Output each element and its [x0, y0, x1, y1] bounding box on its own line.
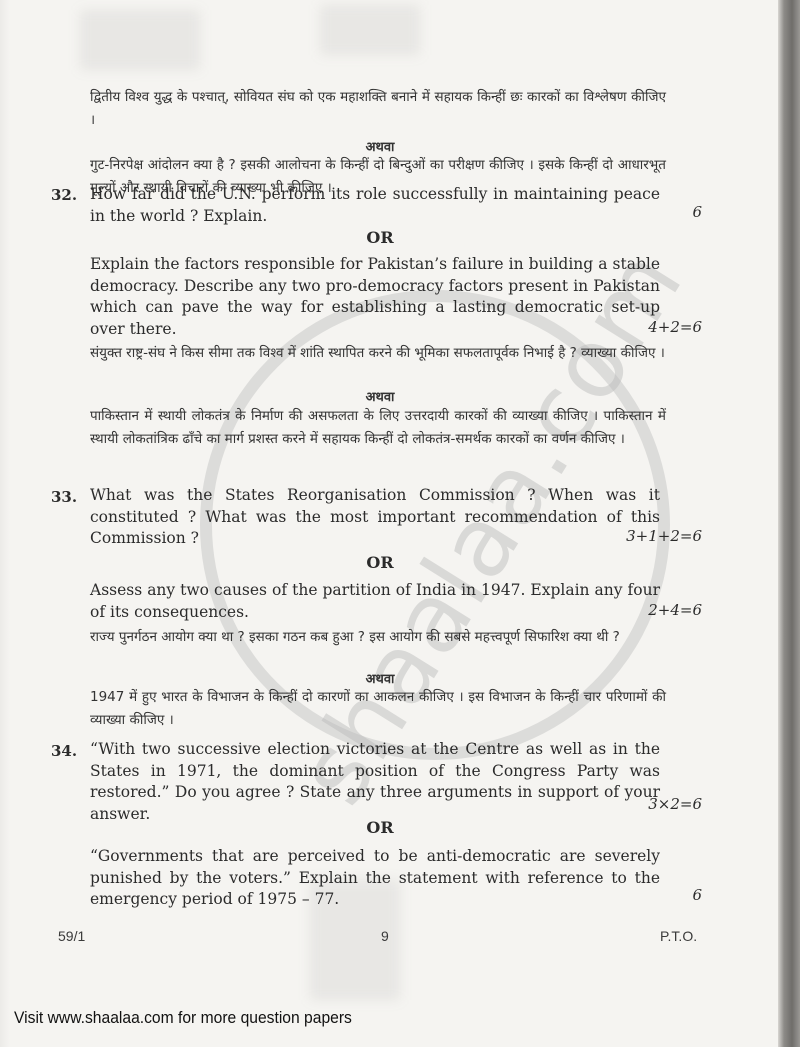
- question-text: What was the States Reorganisation Commi…: [90, 485, 660, 550]
- question-hindi-text: राज्य पुनर्गठन आयोग क्या था ? इसका गठन क…: [90, 626, 666, 649]
- page-edge-shadow: [778, 0, 800, 1047]
- scan-artifact: [80, 10, 200, 70]
- alternative-question-text: Explain the factors responsible for Paki…: [90, 254, 660, 340]
- athva-label: अथवा: [0, 137, 760, 155]
- q31-hindi-main: द्वितीय विश्व युद्ध के पश्चात्, सोवियत स…: [90, 86, 666, 132]
- pto-label: P.T.O.: [660, 928, 697, 944]
- alternative-question-text: Assess any two causes of the partition o…: [90, 580, 660, 623]
- question-text: How far did the U.N. perform its role su…: [90, 184, 660, 227]
- question-marks: 3×2=6: [648, 795, 702, 813]
- page-number: 9: [381, 928, 389, 944]
- athva-label: अथवा: [0, 387, 760, 405]
- paper-code: 59/1: [58, 928, 85, 944]
- or-label: OR: [0, 228, 760, 247]
- alternative-marks: 6: [692, 886, 702, 904]
- alternative-hindi-text: पाकिस्तान में स्थायी लोकतंत्र के निर्माण…: [90, 405, 666, 451]
- visit-banner: Visit www.shaalaa.com for more question …: [14, 1008, 352, 1028]
- alternative-hindi-text: 1947 में हुए भारत के विभाजन के किन्हीं द…: [90, 686, 666, 732]
- scan-artifact: [320, 5, 420, 55]
- question-number: 33.: [51, 488, 77, 506]
- alternative-question-text: “Governments that are perceived to be an…: [90, 846, 660, 911]
- question-hindi-text: संयुक्त राष्ट्र-संघ ने किस सीमा तक विश्व…: [90, 342, 666, 365]
- question-number: 34.: [51, 742, 77, 760]
- question-number: 32.: [51, 186, 77, 204]
- alternative-marks: 4+2=6: [648, 318, 702, 336]
- athva-label: अथवा: [0, 669, 760, 687]
- question-marks: 3+1+2=6: [626, 527, 702, 545]
- alternative-marks: 2+4=6: [648, 601, 702, 619]
- question-text: “With two successive election victories …: [90, 739, 660, 825]
- or-label: OR: [0, 818, 760, 837]
- or-label: OR: [0, 553, 760, 572]
- question-marks: 6: [692, 203, 702, 221]
